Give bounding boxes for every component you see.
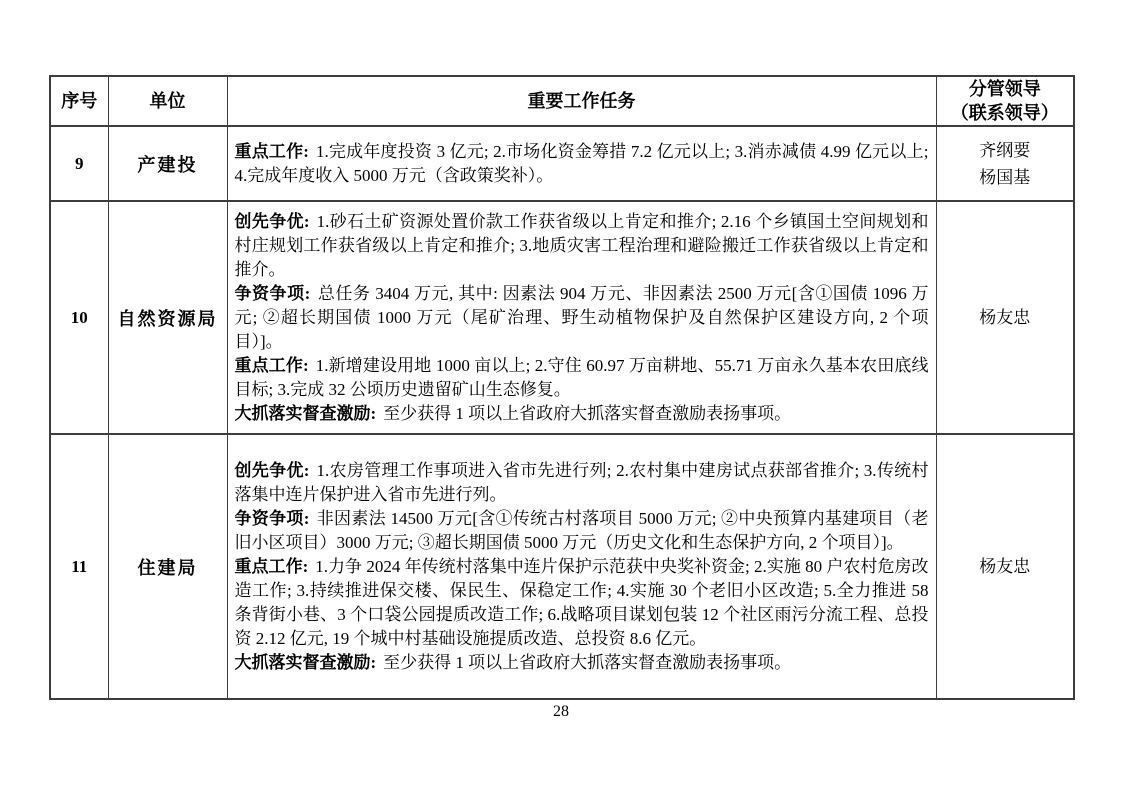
task-label: 大抓落实督查激励: (235, 653, 377, 672)
row-unit: 自然资源局 (108, 201, 227, 434)
task-segment: 重点工作:1.新增建设用地 1000 亩以上; 2.守住 60.97 万亩耕地、… (235, 354, 929, 402)
row-leaders: 杨友忠 (936, 201, 1074, 434)
task-label: 争资争项: (235, 509, 310, 528)
task-segment: 重点工作:1.力争 2024 年传统村落集中连片保护示范获中央奖补资金; 2.实… (235, 555, 929, 651)
table-row: 11 住建局 创先争优:1.农房管理工作事项进入省市先进行列; 2.农村集中建房… (50, 434, 1074, 699)
work-tasks-table: 序号 单位 重要工作任务 分管领导 （联系领导） 9 产建投 重点工作:1.完成… (49, 75, 1075, 700)
task-segment: 争资争项:非因素法 14500 万元[含①传统古村落项目 5000 万元; ②中… (235, 507, 929, 555)
task-text: 1.砂石土矿资源处置价款工作获省级以上肯定和推介; 2.16 个乡镇国土空间规划… (235, 212, 929, 279)
task-segment: 大抓落实督查激励:至少获得 1 项以上省政府大抓落实督查激励表扬事项。 (235, 402, 929, 426)
task-label: 创先争优: (235, 461, 310, 480)
row-unit: 产建投 (108, 126, 227, 201)
task-text: 至少获得 1 项以上省政府大抓落实督查激励表扬事项。 (383, 404, 791, 423)
header-unit: 单位 (108, 76, 227, 126)
task-label: 重点工作: (235, 356, 309, 375)
task-text: 至少获得 1 项以上省政府大抓落实督查激励表扬事项。 (383, 653, 791, 672)
table-row: 9 产建投 重点工作:1.完成年度投资 3 亿元; 2.市场化资金筹措 7.2 … (50, 126, 1074, 201)
task-label: 重点工作: (235, 142, 309, 161)
task-segment: 重点工作:1.完成年度投资 3 亿元; 2.市场化资金筹措 7.2 亿元以上; … (235, 140, 929, 188)
row-leaders: 杨友忠 (936, 434, 1074, 699)
task-text: 1.农房管理工作事项进入省市先进行列; 2.农村集中建房试点获部省推介; 3.传… (235, 461, 929, 504)
header-seq: 序号 (50, 76, 108, 126)
task-text: 1.新增建设用地 1000 亩以上; 2.守住 60.97 万亩耕地、55.71… (235, 356, 929, 399)
task-text: 总任务 3404 万元, 其中: 因素法 904 万元、非因素法 2500 万元… (235, 284, 929, 351)
task-segment: 争资争项:总任务 3404 万元, 其中: 因素法 904 万元、非因素法 25… (235, 282, 929, 354)
task-label: 争资争项: (235, 284, 311, 303)
row-seq: 11 (50, 434, 108, 699)
row-seq: 10 (50, 201, 108, 434)
header-row: 序号 单位 重要工作任务 分管领导 （联系领导） (50, 76, 1074, 126)
task-text: 1.力争 2024 年传统村落集中连片保护示范获中央奖补资金; 2.实施 80 … (235, 557, 929, 648)
row-seq: 9 (50, 126, 108, 201)
task-segment: 大抓落实督查激励:至少获得 1 项以上省政府大抓落实督查激励表扬事项。 (235, 651, 929, 675)
row-tasks: 重点工作:1.完成年度投资 3 亿元; 2.市场化资金筹措 7.2 亿元以上; … (227, 126, 936, 201)
row-leaders: 齐纲要 杨国基 (936, 126, 1074, 201)
row-tasks: 创先争优:1.农房管理工作事项进入省市先进行列; 2.农村集中建房试点获部省推介… (227, 434, 936, 699)
row-tasks: 创先争优:1.砂石土矿资源处置价款工作获省级以上肯定和推介; 2.16 个乡镇国… (227, 201, 936, 434)
task-text: 1.完成年度投资 3 亿元; 2.市场化资金筹措 7.2 亿元以上; 3.消赤减… (235, 142, 929, 185)
document-page: 序号 单位 重要工作任务 分管领导 （联系领导） 9 产建投 重点工作:1.完成… (0, 0, 1122, 793)
table-row: 10 自然资源局 创先争优:1.砂石土矿资源处置价款工作获省级以上肯定和推介; … (50, 201, 1074, 434)
task-text: 非因素法 14500 万元[含①传统古村落项目 5000 万元; ②中央预算内基… (235, 509, 929, 552)
header-leader: 分管领导 （联系领导） (936, 76, 1074, 126)
task-label: 创先争优: (235, 212, 310, 231)
task-label: 重点工作: (235, 557, 309, 576)
row-unit: 住建局 (108, 434, 227, 699)
task-segment: 创先争优:1.农房管理工作事项进入省市先进行列; 2.农村集中建房试点获部省推介… (235, 459, 929, 507)
task-label: 大抓落实督查激励: (235, 404, 377, 423)
page-number: 28 (0, 703, 1122, 721)
task-segment: 创先争优:1.砂石土矿资源处置价款工作获省级以上肯定和推介; 2.16 个乡镇国… (235, 210, 929, 282)
header-tasks: 重要工作任务 (227, 76, 936, 126)
